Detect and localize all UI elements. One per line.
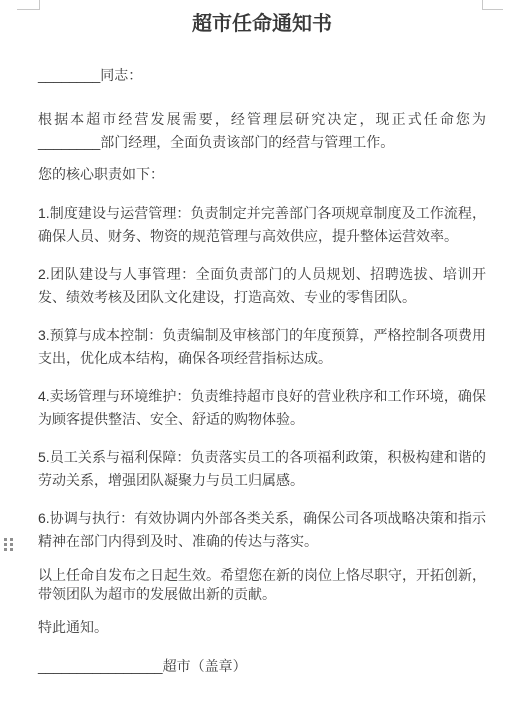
salutation-line: ________同志： <box>38 64 486 87</box>
closing-paragraph: 以上任命自发布之日起生效。希望您在新的岗位上恪尽职守，开拓创新，带领团队为超市的… <box>38 566 486 604</box>
duty-item-6: 6.协调与执行：有效协调内外部各类关系，确保公司各项战略决策和指示精神在部门内得… <box>38 507 486 553</box>
signature-line: ________________超市（盖章） <box>38 655 486 678</box>
document-content: 超市任命通知书 ________同志： 根据本超市经营发展需要，经管理层研究决定… <box>38 0 486 678</box>
signature-label: 超市（盖章） <box>163 658 247 674</box>
duty-item-1: 1.制度建设与运营管理：负责制定并完善部门各项规章制度及工作流程，确保人员、财务… <box>38 202 486 248</box>
intro-text-after: 部门经理，全面负责该部门的经营与管理工作。 <box>100 134 394 150</box>
intro-text-before: 根据本超市经营发展需要，经管理层研究决定，现正式任命您为 <box>38 111 486 127</box>
duty-item-5: 5.员工关系与福利保障：负责落实员工的各项福利政策，积极构建和谐的劳动关系，增强… <box>38 446 486 492</box>
document-page: 超市任命通知书 ________同志： 根据本超市经营发展需要，经管理层研究决定… <box>0 0 528 717</box>
page-margin-mark-top-left <box>17 0 40 10</box>
notice-line: 特此通知。 <box>38 616 486 639</box>
drag-handle-icon[interactable] <box>4 538 16 553</box>
salutation-label: 同志： <box>100 67 142 83</box>
duty-item-3: 3.预算与成本控制：负责编制及审核部门的年度预算，严格控制各项费用支出，优化成本… <box>38 324 486 370</box>
duty-item-2: 2.团队建设与人事管理：全面负责部门的人员规划、招聘选拔、培训开发、绩效考核及团… <box>38 263 486 309</box>
duty-item-4: 4.卖场管理与环境维护：负责维持超市良好的营业秩序和工作环境，确保为顾客提供整洁… <box>38 385 486 431</box>
intro-paragraph: 根据本超市经营发展需要，经管理层研究决定，现正式任命您为________部门经理… <box>38 108 486 154</box>
signature-blank: ________________ <box>38 658 163 674</box>
salutation-blank: ________ <box>38 67 100 83</box>
duties-intro: 您的核心职责如下： <box>38 163 486 186</box>
document-title: 超市任命通知书 <box>38 0 486 37</box>
intro-blank: ________ <box>38 134 100 150</box>
